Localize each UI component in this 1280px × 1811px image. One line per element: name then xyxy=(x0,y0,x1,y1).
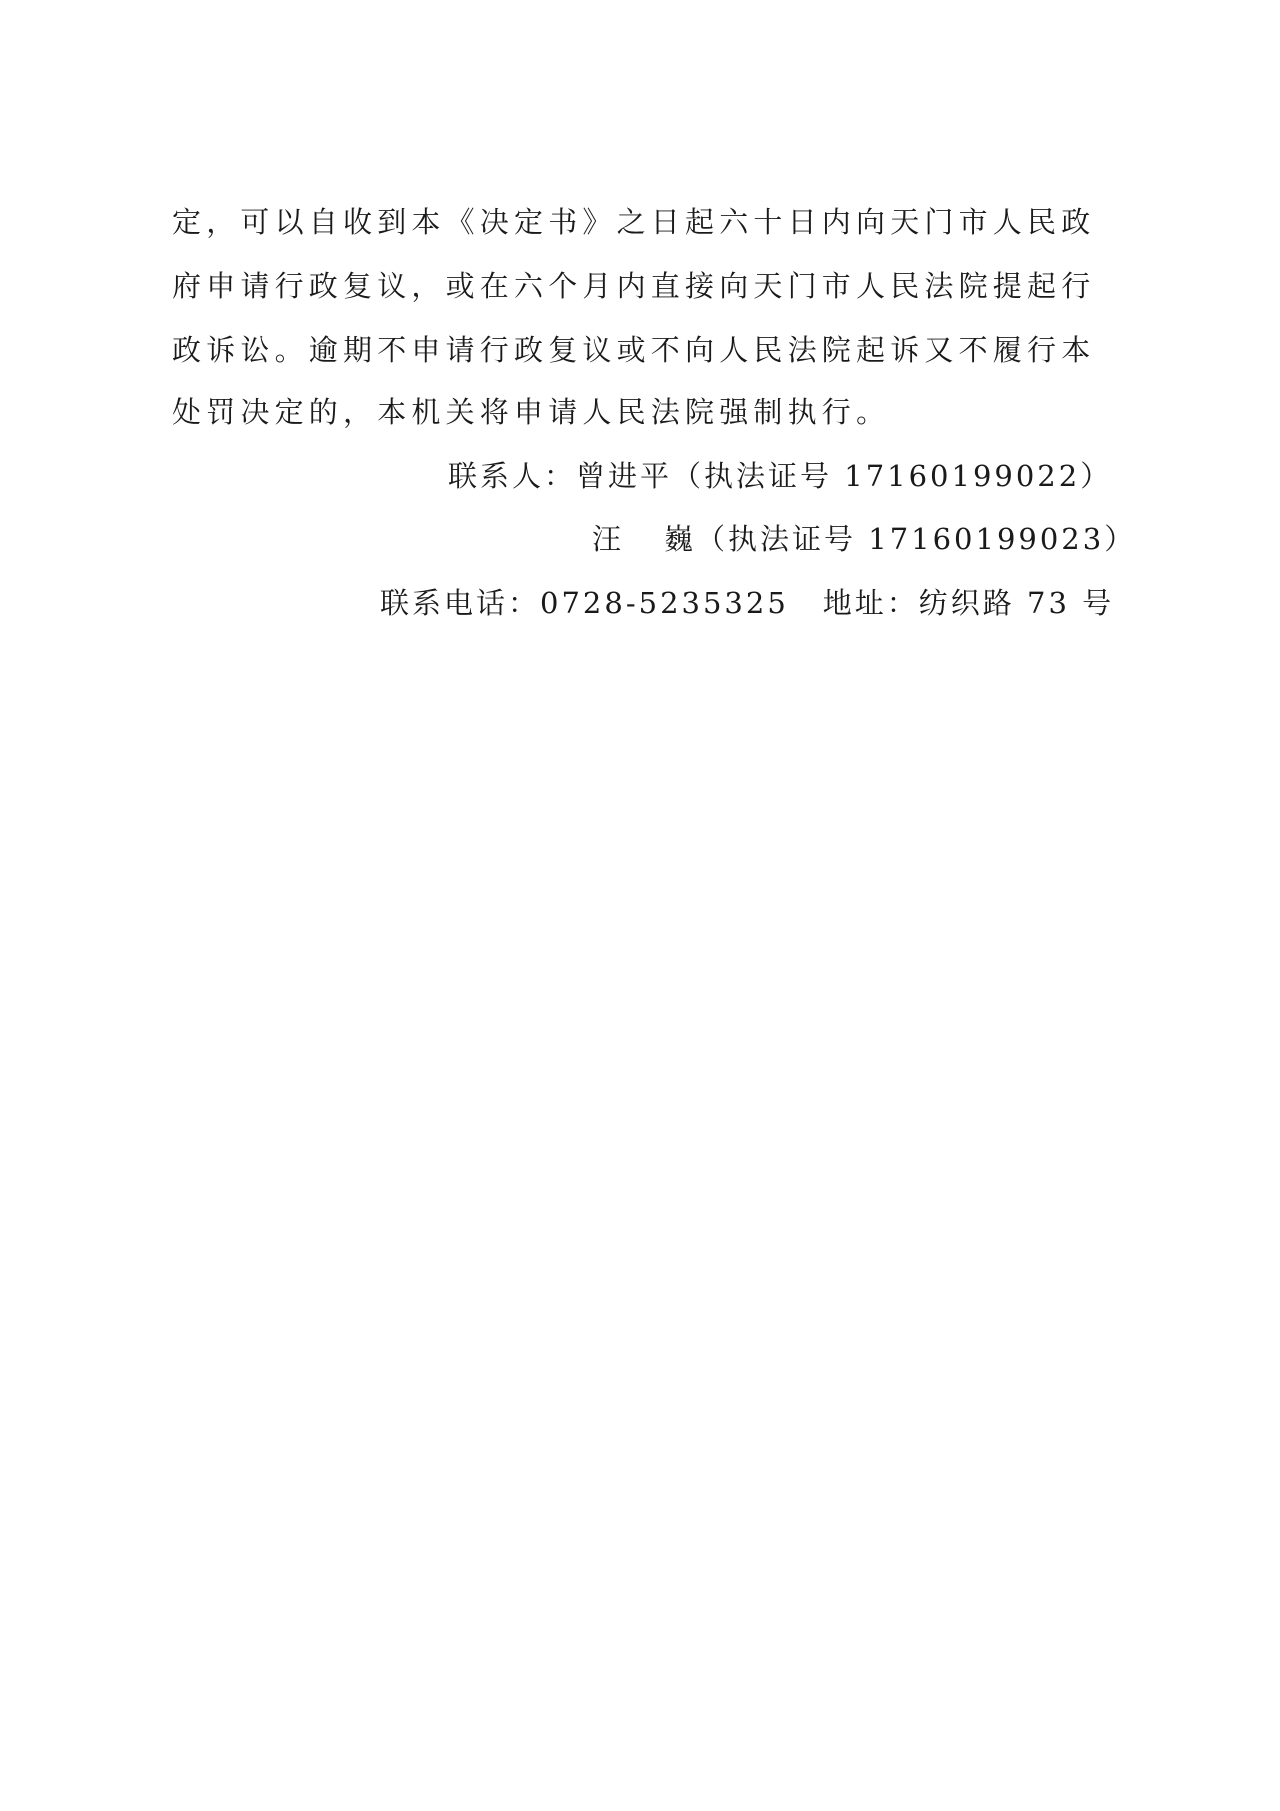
contact-person-2: 汪巍（执法证号 17160199023） xyxy=(592,519,1136,559)
paragraph-line-1: 定，可以自收到本《决定书》之日起六十日内向天门市人民政 xyxy=(172,202,1112,242)
contact-label: 联系人： xyxy=(448,459,576,493)
phone-number: 0728-5235325 xyxy=(540,586,789,620)
address-value: 纺织路 73 号 xyxy=(919,586,1114,620)
contact-name-2-part1: 汪 xyxy=(592,522,624,556)
contact-id-2: （执法证号 17160199023） xyxy=(696,522,1136,556)
contact-name-1: 曾进平 xyxy=(576,459,672,493)
address-label: 地址： xyxy=(823,586,919,620)
phone-label: 联系电话： xyxy=(380,586,540,620)
contact-id-1: （执法证号 17160199022） xyxy=(672,459,1112,493)
paragraph-line-4: 处罚决定的，本机关将申请人民法院强制执行。 xyxy=(172,392,1112,432)
document-page: 定，可以自收到本《决定书》之日起六十日内向天门市人民政 府申请行政复议，或在六个… xyxy=(0,0,1280,1811)
paragraph-line-3: 政诉讼。逾期不申请行政复议或不向人民法院起诉又不履行本 xyxy=(172,330,1112,370)
contact-name-2-part2: 巍 xyxy=(664,522,696,556)
contact-person-1: 联系人：曾进平（执法证号 17160199022） xyxy=(448,456,1112,496)
contact-phone-address: 联系电话：0728-5235325地址：纺织路 73 号 xyxy=(380,583,1114,623)
paragraph-line-2: 府申请行政复议，或在六个月内直接向天门市人民法院提起行 xyxy=(172,266,1112,306)
